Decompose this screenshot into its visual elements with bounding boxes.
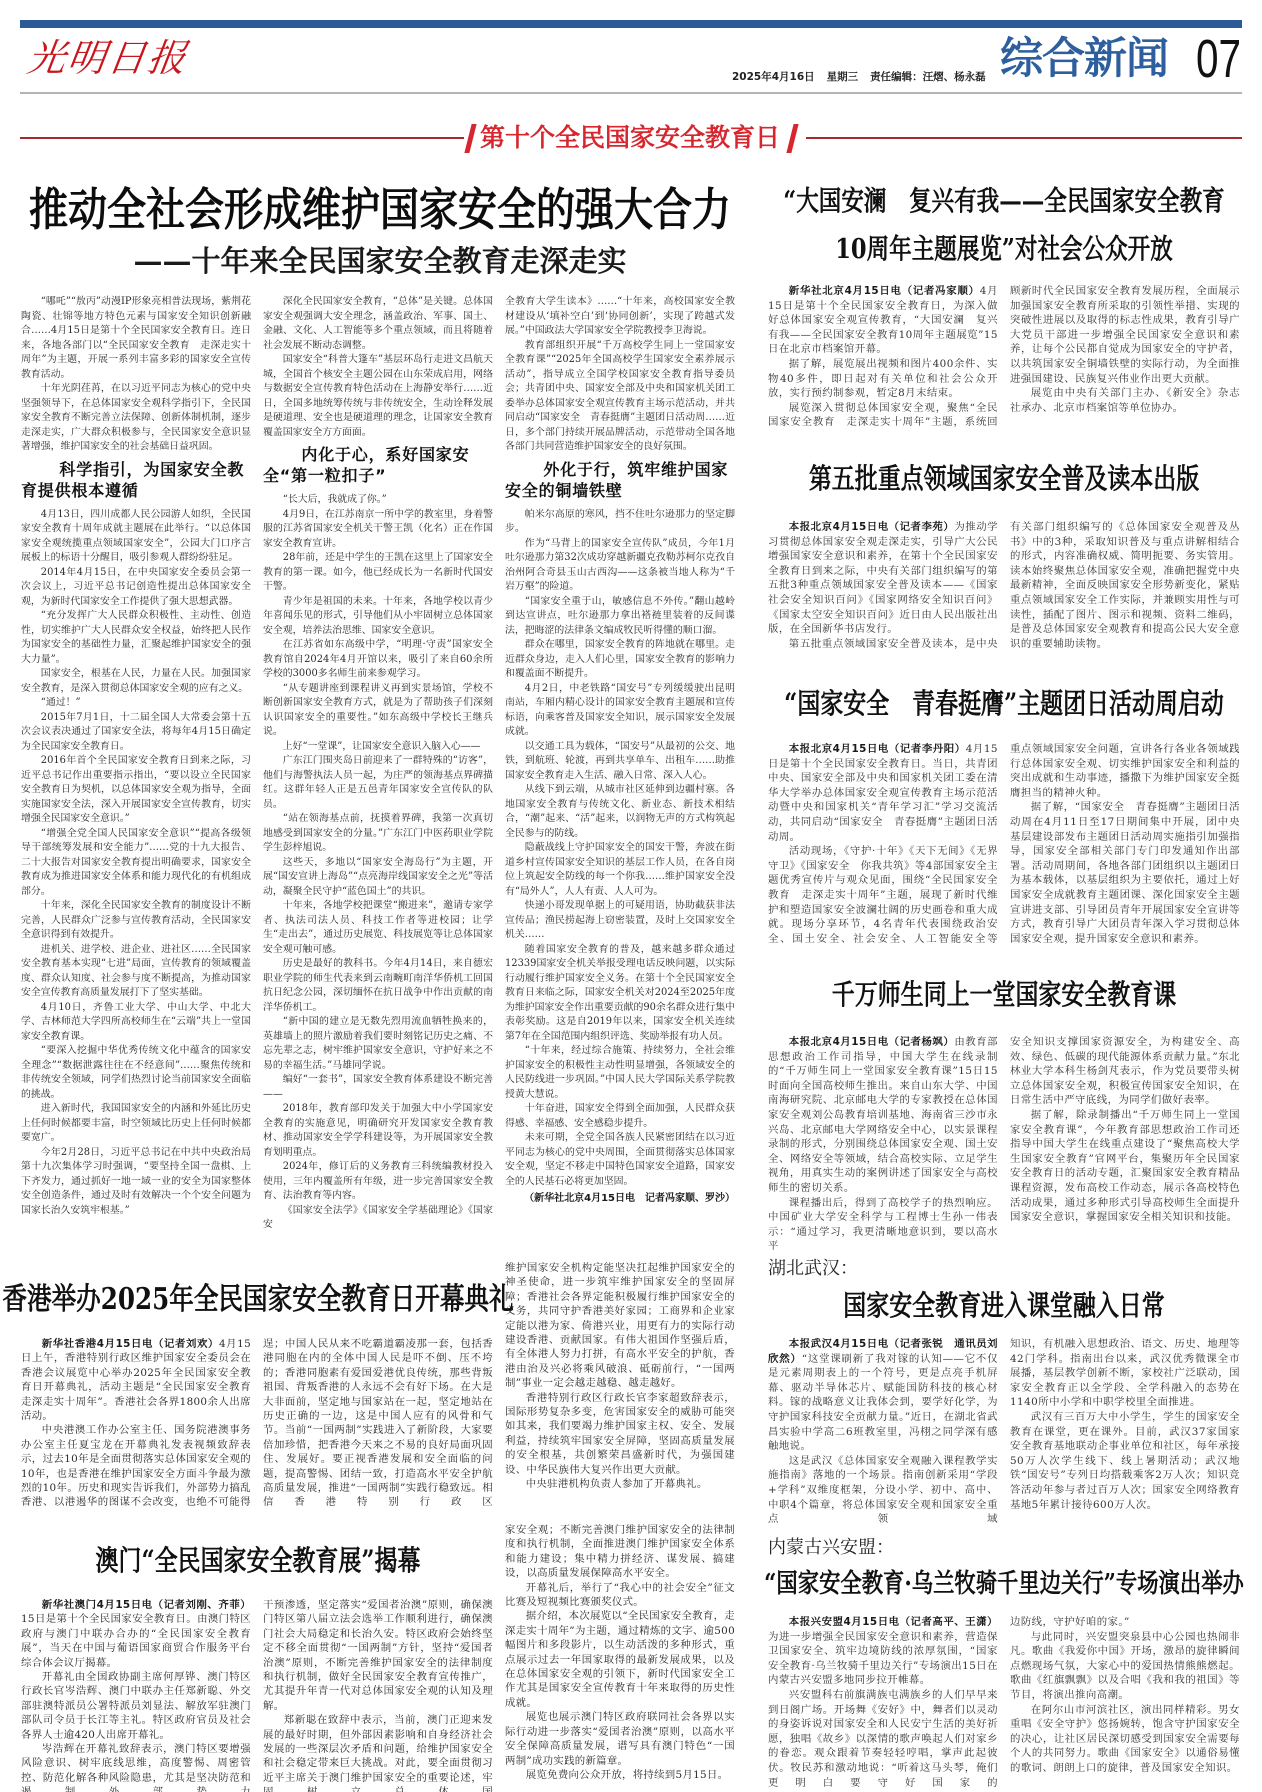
paragraph: 4月2日，中老铁路“国安号”专列缓缓驶出昆明南站，车厢内精心设计的国家安全教育主… — [505, 682, 735, 740]
paragraph: 据了解，“国家安全 青春挺膺”主题团日活动周在4月11日至17日期间集中开展，团… — [1010, 800, 1240, 946]
paragraph: 岑浩辉在开幕礼致辞表示，澳门特区要增强风险意识、树牢底线思维，高度警惕、周密管控… — [21, 1742, 251, 1792]
paragraph: 从线下到云端，从城市社区延伸到边疆村寨。各地国家安全教育与传统文化、新业态、新技… — [505, 783, 735, 841]
article-column: 新华社北京4月15日电（记者冯家顺）4月15日是第十个全民国家安全教育日，为深入… — [768, 284, 998, 430]
paragraph: 知识，有机融入思想政治、语文、历史、地理等42门学科。指南出台以来，武汉优秀微课… — [1010, 1337, 1240, 1410]
paragraph: “哪吒”“敖丙”动漫IP形象亮相普法现场，紫荆花陶瓷、壮锦等地方特色元素与国家安… — [21, 295, 251, 382]
article-headline: 国家安全教育进入课堂融入日常 — [765, 1290, 1243, 1324]
dateline-lead: 新华社澳门4月15日电（记者刘刚、齐菲） — [42, 1599, 251, 1611]
paragraph: 教育部组织开展“千万高校学生同上一堂国家安全教育课”“2025年全国高校学生国家… — [505, 339, 735, 455]
paragraph: 本报北京4月15日电（记者杨飒）由教育部思想政治工作司指导，中国大学生在线录制的… — [768, 1035, 998, 1196]
article-headline: “国家安全教育·乌兰牧骑千里边关行”专场演出举办 — [765, 1570, 1243, 1604]
article-column: 新华社香港4月15日电（记者刘欢）4月15日上午，香港特别行政区维护国家安全委员… — [21, 1337, 251, 1510]
article-column: 本报兴安盟4月15日电（记者高平、王潇）为进一步增强全民国家安全意识和素养，营造… — [768, 1615, 998, 1790]
paragraph: 随着国家安全教育的普及，越来越多群众通过12339国家安全机关举报受理电话反映问… — [505, 943, 735, 1045]
article-column: 本报武汉4月15日电（记者张锐 通讯员刘欣然）“这堂课刷新了我对镓的认知——它不… — [768, 1337, 998, 1527]
subtitle-text: ——十年来全民国家安全教育走深走实 — [133, 244, 626, 278]
newspaper-logo: 光明日报 — [24, 32, 191, 84]
dateline-lead: 本报兴安盟4月15日电（记者高平、王潇） — [789, 1616, 998, 1628]
paragraph: 兴安盟科右前旗满族屯满族乡的人们早早来到日阁广场。开场舞《安好》中，舞者们以灵动… — [768, 1688, 998, 1790]
paragraph: 2015年7月1日，十二届全国人大常委会第十五次会议表决通过了国家安全法，将每年… — [21, 711, 251, 755]
paragraph: 帕米尔高原的寒风，挡不住吐尔逊那力的坚定脚步。 — [505, 508, 735, 537]
paragraph: 深化全民国家安全教育，“总体”是关键。总体国家安全观强调大安全理念，涵盖政治、军… — [263, 295, 493, 353]
paragraph-text: 15日是第十个全民国家安全教育日。由澳门特区政府与澳门中联办合办的“全民国家安全… — [21, 1613, 251, 1668]
section-title: 综合新闻 — [1000, 34, 1168, 84]
paragraph: “新中国的建立是无数先烈用流血牺牲换来的，英雄墙上的照片激励着我们要时刻铭记历史… — [263, 1015, 493, 1073]
paragraph: 广东江门围夹岛日前迎来了一群特殊的“访客”，他们与海警执法人员一起，为庄严的领海… — [263, 754, 493, 812]
paragraph: 活动现场，《守护·十年》《天下无间》《无界守卫》《国家安全 你我共筑》等4部国家… — [768, 844, 998, 946]
article-headline: 千万师生同上一堂国家安全教育课 — [765, 979, 1243, 1013]
paragraph: 隐蔽战线上守护国家安全的国安干警，奔波在街道乡村宣传国家安全知识的基层工作人员，… — [505, 841, 735, 899]
article-headline: “国家安全 青春挺膺”主题团日活动周启动 — [765, 688, 1243, 722]
paragraph: 据了解，除录制播出“千万师生同上一堂国家安全教育课”，今年教育部思想政治工作司还… — [1010, 1108, 1240, 1225]
banner-title: 第十个全民国家安全教育日 — [478, 122, 782, 154]
article-headline: 第五批重点领域国家安全普及读本出版 — [765, 463, 1243, 497]
paragraph: 安全知识支撑国家资源安全，为构建安全、高效、绿色、低碳的现代能源体系贡献力量。”… — [1010, 1035, 1240, 1108]
lead-article-subtitle: ——十年来全民国家安全教育走深走实 — [20, 244, 740, 280]
paragraph: 新华社北京4月15日电（记者冯家顺）4月15日是第十个全民国家安全教育日，为深入… — [768, 284, 998, 357]
header-rule — [20, 92, 1242, 94]
section-heading: 外化于行，筑牢维护国家安全的铜墙铁壁 — [505, 459, 735, 501]
paragraph: 4月10日，齐鲁工业大学、中山大学、中北大学、吉林师范大学四所高校师生在“云端”… — [21, 1001, 251, 1045]
paragraph-text: 为推动学习贯彻总体国家安全观走深走实，引导广大公民增强国家安全意识和素养，在第十… — [768, 521, 998, 635]
headline-text: 国家安全教育进入课堂融入日常 — [843, 1290, 1164, 1322]
issue-weekday: 星期三 — [827, 71, 859, 83]
paragraph: 这是武汉《总体国家安全观融入课程教学实施指南》落地的一个场景。指南创新采用“学段… — [768, 1454, 998, 1527]
paragraph-text: 为进一步增强全民国家安全意识和素养，营造保卫国家安全、筑牢边境防线的浓厚氛围，“… — [768, 1631, 998, 1687]
paragraph: 2024年，修订后的义务教育三科统编教材投入使用，三年内覆盖所有年级，进一步完善… — [263, 1160, 493, 1204]
paragraph: 新华社香港4月15日电（记者刘欢）4月15日上午，香港特别行政区维护国家安全委员… — [21, 1337, 251, 1423]
article-column: 全教育大学生读本》……“十年来，高校国家安全教材建设从‘填补空白’到‘协同创新’… — [505, 295, 735, 1206]
headline-text: 10周年主题展览”对社会公众开放 — [835, 234, 1173, 266]
paragraph: 以交通工具为载体，“国安号”从最初的公交、地铁，到航班、轮渡，再到共享单车、出租… — [505, 740, 735, 784]
paragraph: 2016年首个全民国家安全教育日到来之际，习近平总书记作出重要指示指出，“要以设… — [21, 754, 251, 827]
paragraph: 据介绍，本次展览以“全民国家安全教育，走深走实十周年”为主题，通过精炼的文字、逾… — [505, 1609, 735, 1710]
article-column: 知识，有机融入思想政治、语文、历史、地理等42门学科。指南出台以来，武汉优秀微课… — [1010, 1337, 1240, 1512]
article-headline: 澳门“全民国家安全教育展”揭幕 — [21, 1545, 495, 1579]
paragraph: 上好“一堂课”，让国家安全意识入脑入心—— — [263, 740, 493, 755]
paragraph: 展览也展示澳门特区政府联同社会各界以实际行动进一步落实“爱国者治澳”原则，以高水… — [505, 1710, 735, 1768]
paragraph: 今年2月28日，习近平总书记在中共中央政治局第十九次集体学习时强调，“要坚持全国… — [21, 1146, 251, 1219]
paragraph: 进入新时代，我国国家安全的内涵和外延比历史上任何时候都要丰富，时空领域比历史上任… — [21, 1102, 251, 1146]
article-column: 有关部门组织编写的《总体国家安全观普及丛书》中的3种，采取知识普及与重点讲解相结… — [1010, 520, 1240, 651]
top-color-bar — [20, 20, 1242, 28]
article-byline: （新华社北京4月15日电 记者冯家顺、罗沙） — [505, 1191, 735, 1206]
paragraph: 中央港澳工作办公室主任、国务院港澳事务办公室主任夏宝龙在开幕典礼发表视频致辞表示… — [21, 1423, 251, 1509]
article-column: 顾新时代全民国家安全教育发展历程，全面展示加强国家安全教育所采取的引领性举措、实… — [1010, 284, 1240, 415]
paragraph: 作为“马背上的国家安全宣传队”成员，今年1月吐尔逊那力第32次成功穿越新疆克孜勒… — [505, 537, 735, 595]
paragraph: “增强全党全国人民国家安全意识”“提高各级领导干部统筹发展和安全能力”……党的十… — [21, 827, 251, 900]
paragraph: 本报北京4月15日电（记者李苑）为推动学习贯彻总体国家安全观走深走实，引导广大公… — [768, 520, 998, 637]
article-column: “哪吒”“敖丙”动漫IP形象亮相普法现场，紫荆花陶瓷、壮锦等地方特色元素与国家安… — [21, 295, 251, 1218]
dateline-lead: 本报北京4月15日电（记者李苑） — [789, 521, 955, 533]
paragraph: 展览免费向公众开放，将持续到5月15日。 — [505, 1768, 735, 1782]
paragraph: “通过！” — [21, 696, 251, 711]
paragraph: 在江苏省如东高级中学，“明理·守责”国家安全教育馆自2024年4月开馆以来，吸引… — [263, 638, 493, 682]
paragraph: 中央驻港机构负责人参加了开幕典礼。 — [505, 1477, 735, 1491]
article-column: 深化全民国家安全教育，“总体”是关键。总体国家安全观强调大安全理念，涵盖政治、军… — [263, 295, 493, 1233]
paragraph: “要深入挖掘中华优秀传统文化中蕴含的国家安全理念”“数据泄露往往在不经意间”……… — [21, 1044, 251, 1102]
banner-slash-right-icon — [786, 124, 798, 153]
section-heading: 科学指引，为国家安全教育提供根本遵循 — [21, 459, 251, 501]
article-column: 本报北京4月15日电（记者杨飒）由教育部思想政治工作司指导，中国大学生在线录制的… — [768, 1035, 998, 1254]
article-column: 干预渗透，坚定落实“爱国者治澳”原则，确保澳门特区第八届立法会选举工作顺利进行，… — [263, 1598, 493, 1792]
headline-text: 推动全社会形成维护国家安全的强大合力 — [29, 183, 731, 238]
paragraph: 逞；中国人民从来不吃霸道霸凌那一套，包括香港同胞在内的全体中国人民是吓不倒、压不… — [263, 1337, 493, 1510]
paragraph: 十年来，各地学校把课堂“搬进来”，邀请专家学者、执法司法人员、科技工作者等进校园… — [263, 899, 493, 957]
paragraph: 新华社澳门4月15日电（记者刘刚、齐菲）15日是第十个全民国家安全教育日。由澳门… — [21, 1598, 251, 1670]
issue-date: 2025年4月16日 — [732, 71, 815, 83]
paragraph: 据了解，展览展出视频和图片400余件、实物40多件，即日起对有关单位和社会公众开… — [768, 357, 998, 401]
paragraph: 进机关、进学校、进企业、进社区……全民国家安全教育基本实现“七进”局面，宣传教育… — [21, 943, 251, 1001]
paragraph-text: 4月15日上午，香港特别行政区维护国家安全委员会在香港会议展览中心举办2025年… — [21, 1338, 262, 1422]
paragraph: 边防线，守护好咱的家。” — [1010, 1615, 1240, 1630]
paragraph: 历史是最好的教科书。今年4月14日，来自德宏职业学院的师生代表来到云南畹町南洋华… — [263, 957, 493, 1015]
paragraph: 未来可期，全党全国各族人民紧密团结在以习近平同志为核心的党中央周围，全面贯彻落实… — [505, 1131, 735, 1189]
paragraph: “站在领海基点前，抚摸着界碑，我第一次真切地感受到国家安全的分量。”广东江门中医… — [263, 812, 493, 856]
paragraph: “从专题讲座到课程讲义再到实景场馆，学校不断创新国家安全教育方式，就是为了帮助孩… — [263, 682, 493, 740]
responsible-editors: 责任编辑：汪熠、杨永磊 — [870, 71, 986, 83]
headline-text: 香港举办2025年全民国家安全教育日开幕典礼 — [2, 1283, 513, 1318]
banner-line-right — [806, 137, 1242, 139]
headline-text: “大国安澜 复兴有我——全民国家安全教育 — [783, 186, 1224, 218]
article-kicker: 湖北武汉： — [768, 1258, 858, 1280]
headline-text: 第五批重点领域国家安全普及读本出版 — [809, 463, 1199, 495]
paragraph: 与此同时，兴安盟突泉县中心公园也热闹非凡。歌曲《我爱你中国》开场，激昂的旋律瞬间… — [1010, 1630, 1240, 1703]
paragraph: 28年前，还是中学生的王凯在这里上了国家安全教育的第一课。如今，他已经成长为一名… — [263, 551, 493, 595]
paragraph: 国家安全，根基在人民，力量在人民。加强国家安全教育，是深入贯彻总体国家安全观的应… — [21, 667, 251, 696]
paragraph: 4月13日，四川成都人民公园游人如织，全民国家安全教育十周年成就主题展在此举行。… — [21, 508, 251, 566]
paragraph: 编好“一套书”，国家安全教育体系建设不断完善—— — [263, 1073, 493, 1102]
paragraph: “十年来，经过综合施策、持续努力，全社会维护国家安全的积极性主动性明显增强，各领… — [505, 1044, 735, 1102]
dateline-lead: 本报北京4月15日电（记者杨飒） — [789, 1036, 955, 1048]
dateline: 2025年4月16日星期三责任编辑：汪熠、杨永磊 — [732, 70, 998, 84]
paragraph: 有关部门组织编写的《总体国家安全观普及丛书》中的3种，采取知识普及与重点讲解相结… — [1010, 520, 1240, 651]
paragraph-text: “这堂课刷新了我对镓的认知——它不仅是元素周期表上的一个符号，更是点亮手机屏幕、… — [768, 1353, 998, 1453]
article-column: 重点领域国家安全问题，宣讲各行各业各领域践行总体国家安全观、切实维护国家安全和利… — [1010, 742, 1240, 946]
paragraph: 国家安全“科普大篷车”基层环岛行走进文昌航天城，全国首个核安全主题公园在山东荣成… — [263, 353, 493, 440]
paragraph: “充分发挥广大人民群众积极性、主动性、创造性，切实维护广大人民群众安全权益，始终… — [21, 609, 251, 667]
headline-text: “国家安全教育·乌兰牧骑千里边关行”专场演出举办 — [764, 1570, 1244, 1600]
article-headline: “大国安澜 复兴有我——全民国家安全教育 — [765, 186, 1243, 220]
article-column: 维护国家安全机构定能坚决扛起维护国家安全的神圣使命，进一步筑牢维护国家安全的坚固… — [505, 1261, 735, 1492]
dateline-lead: 新华社北京4月15日电（记者冯家顺） — [789, 285, 980, 297]
paragraph: 郑新聪在致辞中表示，当前，澳门正迎来发展的最好时期，但外部因素影响和自身经济社会… — [263, 1713, 493, 1792]
banner-slash-left-icon — [464, 124, 476, 153]
paragraph: “长大后，我就成了你。” — [263, 493, 493, 508]
paragraph: 在阿尔山市河滨社区，演出同样精彩。男女重唱《安全守护》悠扬婉转，饱含守护国家安全… — [1010, 1703, 1240, 1776]
article-column: 本报北京4月15日电（记者李丹阳）4月15日是第十个全民国家安全教育日。当日，共… — [768, 742, 998, 946]
dateline-lead: 新华社香港4月15日电（记者刘欢） — [42, 1338, 219, 1350]
paragraph: 重点领域国家安全问题，宣讲各行各业各领域践行总体国家安全观、切实维护国家安全和利… — [1010, 742, 1240, 800]
paragraph: 第五批重点领域国家安全普及读本，是中央 — [768, 637, 998, 652]
lead-article-headline: 推动全社会形成维护国家安全的强大合力 — [20, 187, 740, 237]
paragraph: 展览由中央有关部门主办、《新安全》杂志社承办、北京市档案馆等单位协办。 — [1010, 386, 1240, 415]
dateline-lead: 本报北京4月15日电（记者李丹阳） — [789, 743, 966, 755]
article-column: 安全知识支撑国家资源安全，为构建安全、高效、绿色、低碳的现代能源体系贡献力量。”… — [1010, 1035, 1240, 1225]
page-number: 07 — [1196, 30, 1241, 88]
article-kicker: 内蒙古兴安盟： — [768, 1537, 894, 1559]
paragraph: 2014年4月15日，在中央国家安全委员会第一次会议上，习近平总书记创造性提出总… — [21, 566, 251, 610]
article-column: 家安全观；不断完善澳门维护国家安全的法律制度和执行机制，全面推进澳门维护国家安全… — [505, 1523, 735, 1782]
paragraph: 《国家安全法学》《国家安全学基础理论》《国家安 — [263, 1204, 493, 1233]
paragraph: 干预渗透，坚定落实“爱国者治澳”原则，确保澳门特区第八届立法会选举工作顺利进行，… — [263, 1598, 493, 1713]
paragraph-text: 4月15日是第十个全民国家安全教育日。当日，共青团中央、国家安全部及中央和国家机… — [768, 743, 998, 843]
paragraph: 这些天，多地以“国家安全海岛行”为主题，开展“国安宣讲上海岛”“点亮海岸线国家安… — [263, 856, 493, 900]
paragraph: 维护国家安全机构定能坚决扛起维护国家安全的神圣使命，进一步筑牢维护国家安全的坚固… — [505, 1261, 735, 1391]
paragraph: 本报北京4月15日电（记者李丹阳）4月15日是第十个全民国家安全教育日。当日，共… — [768, 742, 998, 844]
banner-line-left — [20, 137, 464, 139]
headline-text: “国家安全 青春挺膺”主题团日活动周启动 — [784, 688, 1224, 720]
article-column: 新华社澳门4月15日电（记者刘刚、齐菲）15日是第十个全民国家安全教育日。由澳门… — [21, 1598, 251, 1792]
paragraph: 十年光阴荏苒，在以习近平同志为核心的党中央坚强领导下，在总体国家安全观科学指引下… — [21, 382, 251, 455]
paragraph-text: 由教育部思想政治工作司指导，中国大学生在线录制的“千万师生同上一堂国家安全教育课… — [768, 1036, 998, 1194]
paragraph: 2018年，教育部印发关于加强大中小学国家安全教育的实施意见，明确研究开发国家安… — [263, 1102, 493, 1160]
paragraph: 群众在哪里，国家安全教育的阵地就在哪里。走近群众身边，走入人们心里，国家安全教育… — [505, 638, 735, 682]
article-headline: 香港举办2025年全民国家安全教育日开幕典礼 — [21, 1283, 495, 1317]
paragraph: 开幕礼后，举行了“我心中的社会安全”征文比赛及短视频比赛颁奖仪式。 — [505, 1581, 735, 1610]
article-headline: 10周年主题展览”对社会公众开放 — [765, 234, 1243, 268]
paragraph: 家安全观；不断完善澳门维护国家安全的法律制度和执行机制，全面推进澳门维护国家安全… — [505, 1523, 735, 1581]
paragraph: 4月9日，在江苏南京一所中学的教室里，身着警服的江苏省国家安全机关干警王凯（化名… — [263, 508, 493, 552]
newspaper-page: 光明日报 2025年4月16日星期三责任编辑：汪熠、杨永磊 综合新闻 07 第十… — [0, 0, 1262, 1792]
paragraph: 青少年是祖国的未来。十年来，各地学校以青少年喜闻乐见的形式，引导他们从小牢固树立… — [263, 595, 493, 639]
headline-text: 澳门“全民国家安全教育展”揭幕 — [96, 1545, 421, 1577]
paragraph: 十年来，深化全民国家安全教育的制度设计不断完善，人民群众广泛参与宣传教育活动，全… — [21, 899, 251, 943]
paragraph: 开幕礼由全国政协副主席何厚铧、澳门特区行政长官岑浩辉、澳门中联办主任郑新聪、外交… — [21, 1670, 251, 1742]
headline-text: 千万师生同上一堂国家安全教育课 — [832, 979, 1176, 1011]
paragraph: 快递小哥发现单据上的可疑用语，协助截获非法宣传品；渔民捞起海上窃密装置，及时上交… — [505, 899, 735, 943]
paragraph: 全教育大学生读本》……“十年来，高校国家安全教材建设从‘填补空白’到‘协同创新’… — [505, 295, 735, 339]
paragraph: 本报武汉4月15日电（记者张锐 通讯员刘欣然）“这堂课刷新了我对镓的认知——它不… — [768, 1337, 998, 1454]
article-column: 边防线，守护好咱的家。” 与此同时，兴安盟突泉县中心公园也热闹非凡。歌曲《我爱你… — [1010, 1615, 1240, 1776]
paragraph: “国家安全重于山，敏感信息不外传。”翻山越岭到达宣讲点，吐尔逊那力拿出褡裢里装着… — [505, 595, 735, 639]
article-column: 本报北京4月15日电（记者李苑）为推动学习贯彻总体国家安全观走深走实，引导广大公… — [768, 520, 998, 651]
paragraph: 本报兴安盟4月15日电（记者高平、王潇）为进一步增强全民国家安全意识和素养，营造… — [768, 1615, 998, 1688]
paragraph: 香港特别行政区行政长官李家超致辞表示，国际形势复杂多变，危害国家安全的威胁可能突… — [505, 1391, 735, 1477]
section-heading: 内化于心，系好国家安全“第一粒扣子” — [263, 444, 493, 486]
paragraph: 顾新时代全民国家安全教育发展历程，全面展示加强国家安全教育所采取的引领性举措、实… — [1010, 284, 1240, 386]
paragraph: 武汉有三百万大中小学生，学生的国家安全教育在课堂，更在课外。目前，武汉37家国家… — [1010, 1410, 1240, 1512]
paragraph: 十年奋进，国家安全得到全面加强，人民群众获得感、幸福感、安全感稳步提升。 — [505, 1102, 735, 1131]
article-column: 逞；中国人民从来不吃霸道霸凌那一套，包括香港同胞在内的全体中国人民是吓不倒、压不… — [263, 1337, 493, 1510]
paragraph: 课程播出后，得到了高校学子的热烈响应。中国矿业大学安全科学与工程博士生孙一伟表示… — [768, 1196, 998, 1254]
paragraph: 展览深入贯彻总体国家安全观，聚焦“全民国家安全教育 走深走实十周年”主题，系统回 — [768, 401, 998, 430]
